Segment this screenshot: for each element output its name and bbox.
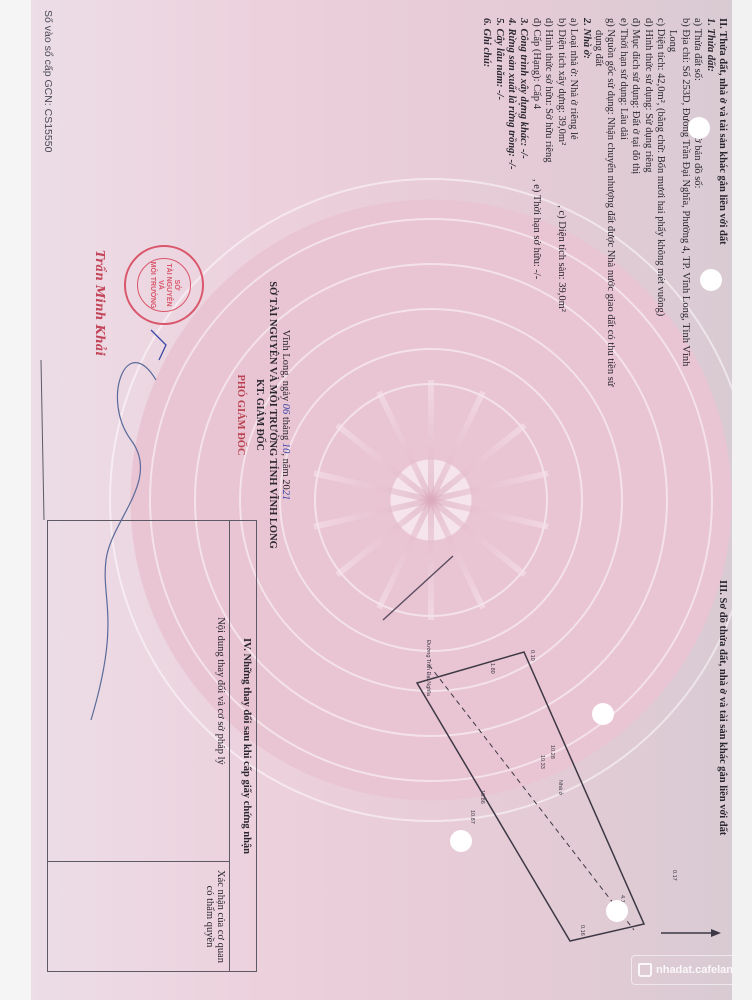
signature-scribble [91,363,156,720]
svg-text:0.16: 0.16 [579,925,585,936]
svg-text:Nhà ở: Nhà ở [557,780,564,796]
svg-text:1.80: 1.80 [489,663,495,674]
svg-text:10.33: 10.33 [539,755,545,769]
svg-text:0.17: 0.17 [671,870,677,881]
punch-hole [700,269,722,291]
punch-hole [592,703,614,725]
punch-hole [688,117,710,139]
svg-text:0.10: 0.10 [529,650,535,661]
punch-hole [450,830,472,852]
svg-text:10.87: 10.87 [469,810,475,824]
svg-text:10.86: 10.86 [479,790,485,804]
photo-margin-right [732,0,752,1000]
certificate-page: II. Thửa đất, nhà ở và tài sản khác gắn … [31,0,732,1000]
punch-hole [606,900,628,922]
site-watermark: nhadat.cafeland.vn [631,955,732,985]
house-search-icon [638,963,652,977]
plot-diagram: Đường Trần Đại Nghĩa 1.80 10.28 10.33 10… [31,0,732,1000]
svg-text:Đường Trần Đại Nghĩa: Đường Trần Đại Nghĩa [425,640,431,697]
svg-text:10.28: 10.28 [549,745,555,759]
photo-margin-left [0,0,31,1000]
